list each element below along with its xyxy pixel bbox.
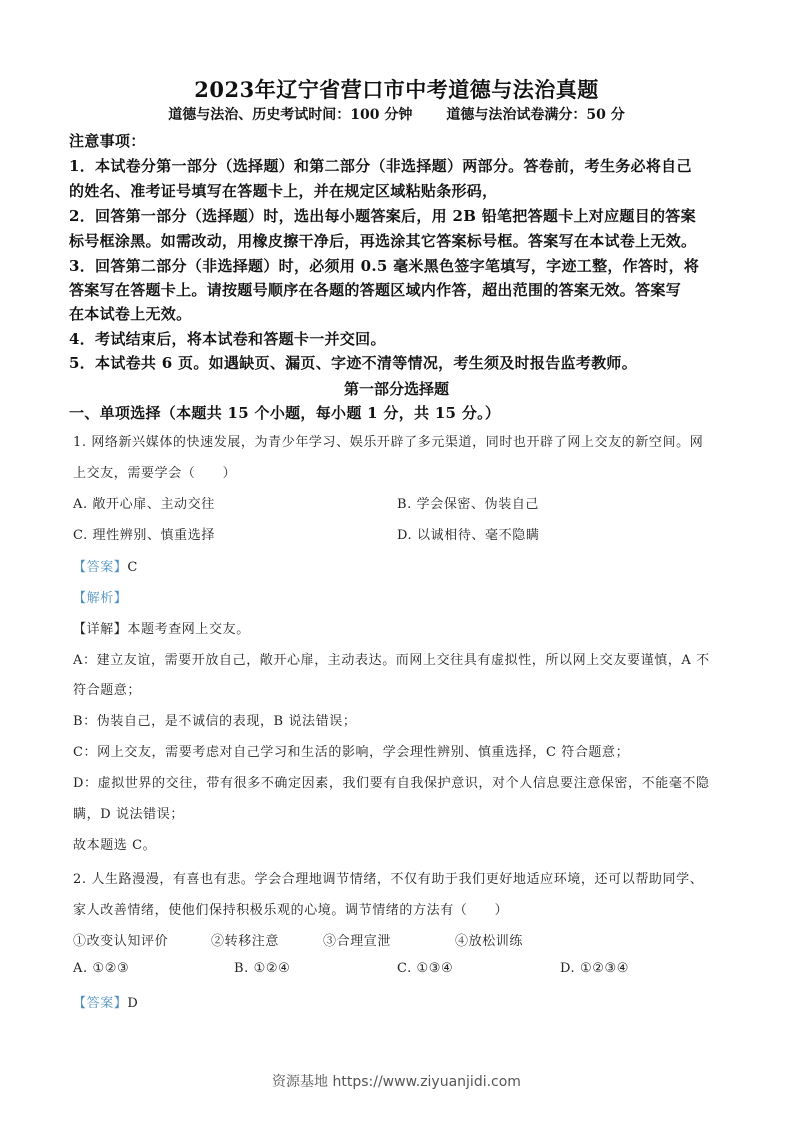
question-stem: 2. 人生路漫漫，有喜也有悲。学会合理地调节情绪，不仅有助于我们更好地适应环境，… xyxy=(73,868,703,887)
notice-line: 的姓名、准考证号填写在答题卡上，并在规定区域粘贴条形码， xyxy=(69,180,497,201)
option-a: A. 敞开心扉、主动交往 xyxy=(73,493,215,512)
option-c: C. ①③④ xyxy=(397,961,453,976)
detail-line: 【详解】本题考查网上交友。 xyxy=(73,618,250,637)
notice-line: 3．回答第二部分（非选择题）时，必须用 0.5 毫米黑色签字笔填写，字迹工整，作… xyxy=(69,255,699,276)
statement-item-3: ③合理宣泄 xyxy=(323,930,391,949)
detail-text: 符合题意； xyxy=(73,679,141,698)
question-stem: 1. 网络新兴媒体的快速发展，为青少年学习、娱乐开辟了多元渠道，同时也开辟了网上… xyxy=(73,431,703,450)
notice-line: 1．本试卷分第一部分（选择题）和第二部分（非选择题）两部分。答卷前，考生务必将自… xyxy=(69,155,692,176)
answer-line: 【答案】D xyxy=(73,992,138,1011)
option-b: B. 学会保密、伪装自己 xyxy=(397,493,539,512)
answer-tag: 【答案】 xyxy=(73,560,127,575)
option-b: B. ①②④ xyxy=(234,961,290,976)
part-title: 第一部分选择题 xyxy=(0,378,793,399)
option-a: A. ①②③ xyxy=(73,961,129,976)
analysis-line: 【解析】 xyxy=(73,587,127,606)
answer-line: 【答案】C xyxy=(73,556,138,575)
question-stem: 家人改善情绪，使他们保持积极乐观的心境。调节情绪的方法有（ ） xyxy=(73,899,508,918)
answer-value: C xyxy=(127,560,138,575)
detail-text: D：虚拟世界的交往，带有很多不确定因素，我们要有自我保护意识，对个人信息要注意保… xyxy=(73,772,710,791)
document-title: 2023年辽宁省营口市中考道德与法治真题 xyxy=(0,74,793,104)
option-c: C. 理性辨别、慎重选择 xyxy=(73,524,215,543)
full-score: 道德与法治试卷满分：50 分 xyxy=(446,107,624,123)
detail-text: C：网上交友，需要考虑对自己学习和生活的影响，学会理性辨别、慎重选择，C 符合题… xyxy=(73,741,629,760)
statement-item-4: ④放松训练 xyxy=(455,930,523,949)
option-d: D. 以诚相待、毫不隐瞒 xyxy=(397,524,539,543)
notice-line: 标号框涂黑。如需改动，用橡皮擦干净后，再选涂其它答案标号框。答案写在本试卷上无效… xyxy=(69,230,696,251)
detail-text: 故本题选 C。 xyxy=(73,834,156,853)
option-d: D. ①②③④ xyxy=(560,961,629,976)
notice-line: 答案写在答题卡上。请按题号顺序在各题的答题区域内作答，超出范围的答案无效。答案写 xyxy=(69,279,681,300)
notice-line: 在本试卷上无效。 xyxy=(69,303,191,324)
notice-line: 4．考试结束后，将本试卷和答题卡一并交回。 xyxy=(69,328,386,349)
notice-heading: 注意事项： xyxy=(69,130,146,151)
detail-text: 本题考查网上交友。 xyxy=(127,622,249,637)
question-stem: 上交友，需要学会（ ） xyxy=(73,462,236,481)
document-subtitle: 道德与法治、历史考试时间：100 分钟道德与法治试卷满分：50 分 xyxy=(0,104,793,124)
statement-item-1: ①改变认知评价 xyxy=(73,930,168,949)
notice-line: 2．回答第一部分（选择题）时，选出每小题答案后，用 2B 铅笔把答题卡上对应题目… xyxy=(69,205,696,226)
statement-item-2: ②转移注意 xyxy=(211,930,279,949)
detail-text: A：建立友谊，需要开放自己，敞开心扉，主动表达。而网上交往具有虚拟性，所以网上交… xyxy=(73,649,710,668)
detail-text: 瞒，D 说法错误； xyxy=(73,803,184,822)
detail-text: B：伪装自己，是不诚信的表现，B 说法错误； xyxy=(73,710,356,729)
answer-value: D xyxy=(127,996,138,1011)
notice-line: 5．本试卷共 6 页。如遇缺页、漏页、字迹不清等情况，考生须及时报告监考教师。 xyxy=(69,352,637,373)
answer-tag: 【答案】 xyxy=(73,996,127,1011)
exam-time: 道德与法治、历史考试时间：100 分钟 xyxy=(168,107,412,123)
exam-page: 2023年辽宁省营口市中考道德与法治真题 道德与法治、历史考试时间：100 分钟… xyxy=(0,0,793,1122)
detail-tag: 【详解】 xyxy=(73,622,127,637)
footer-watermark: 资源基地 https://www.ziyuanjidi.com xyxy=(0,1071,793,1091)
section-title: 一、单项选择（本题共 15 个小题，每小题 1 分，共 15 分。） xyxy=(69,402,500,423)
analysis-tag: 【解析】 xyxy=(73,591,127,606)
